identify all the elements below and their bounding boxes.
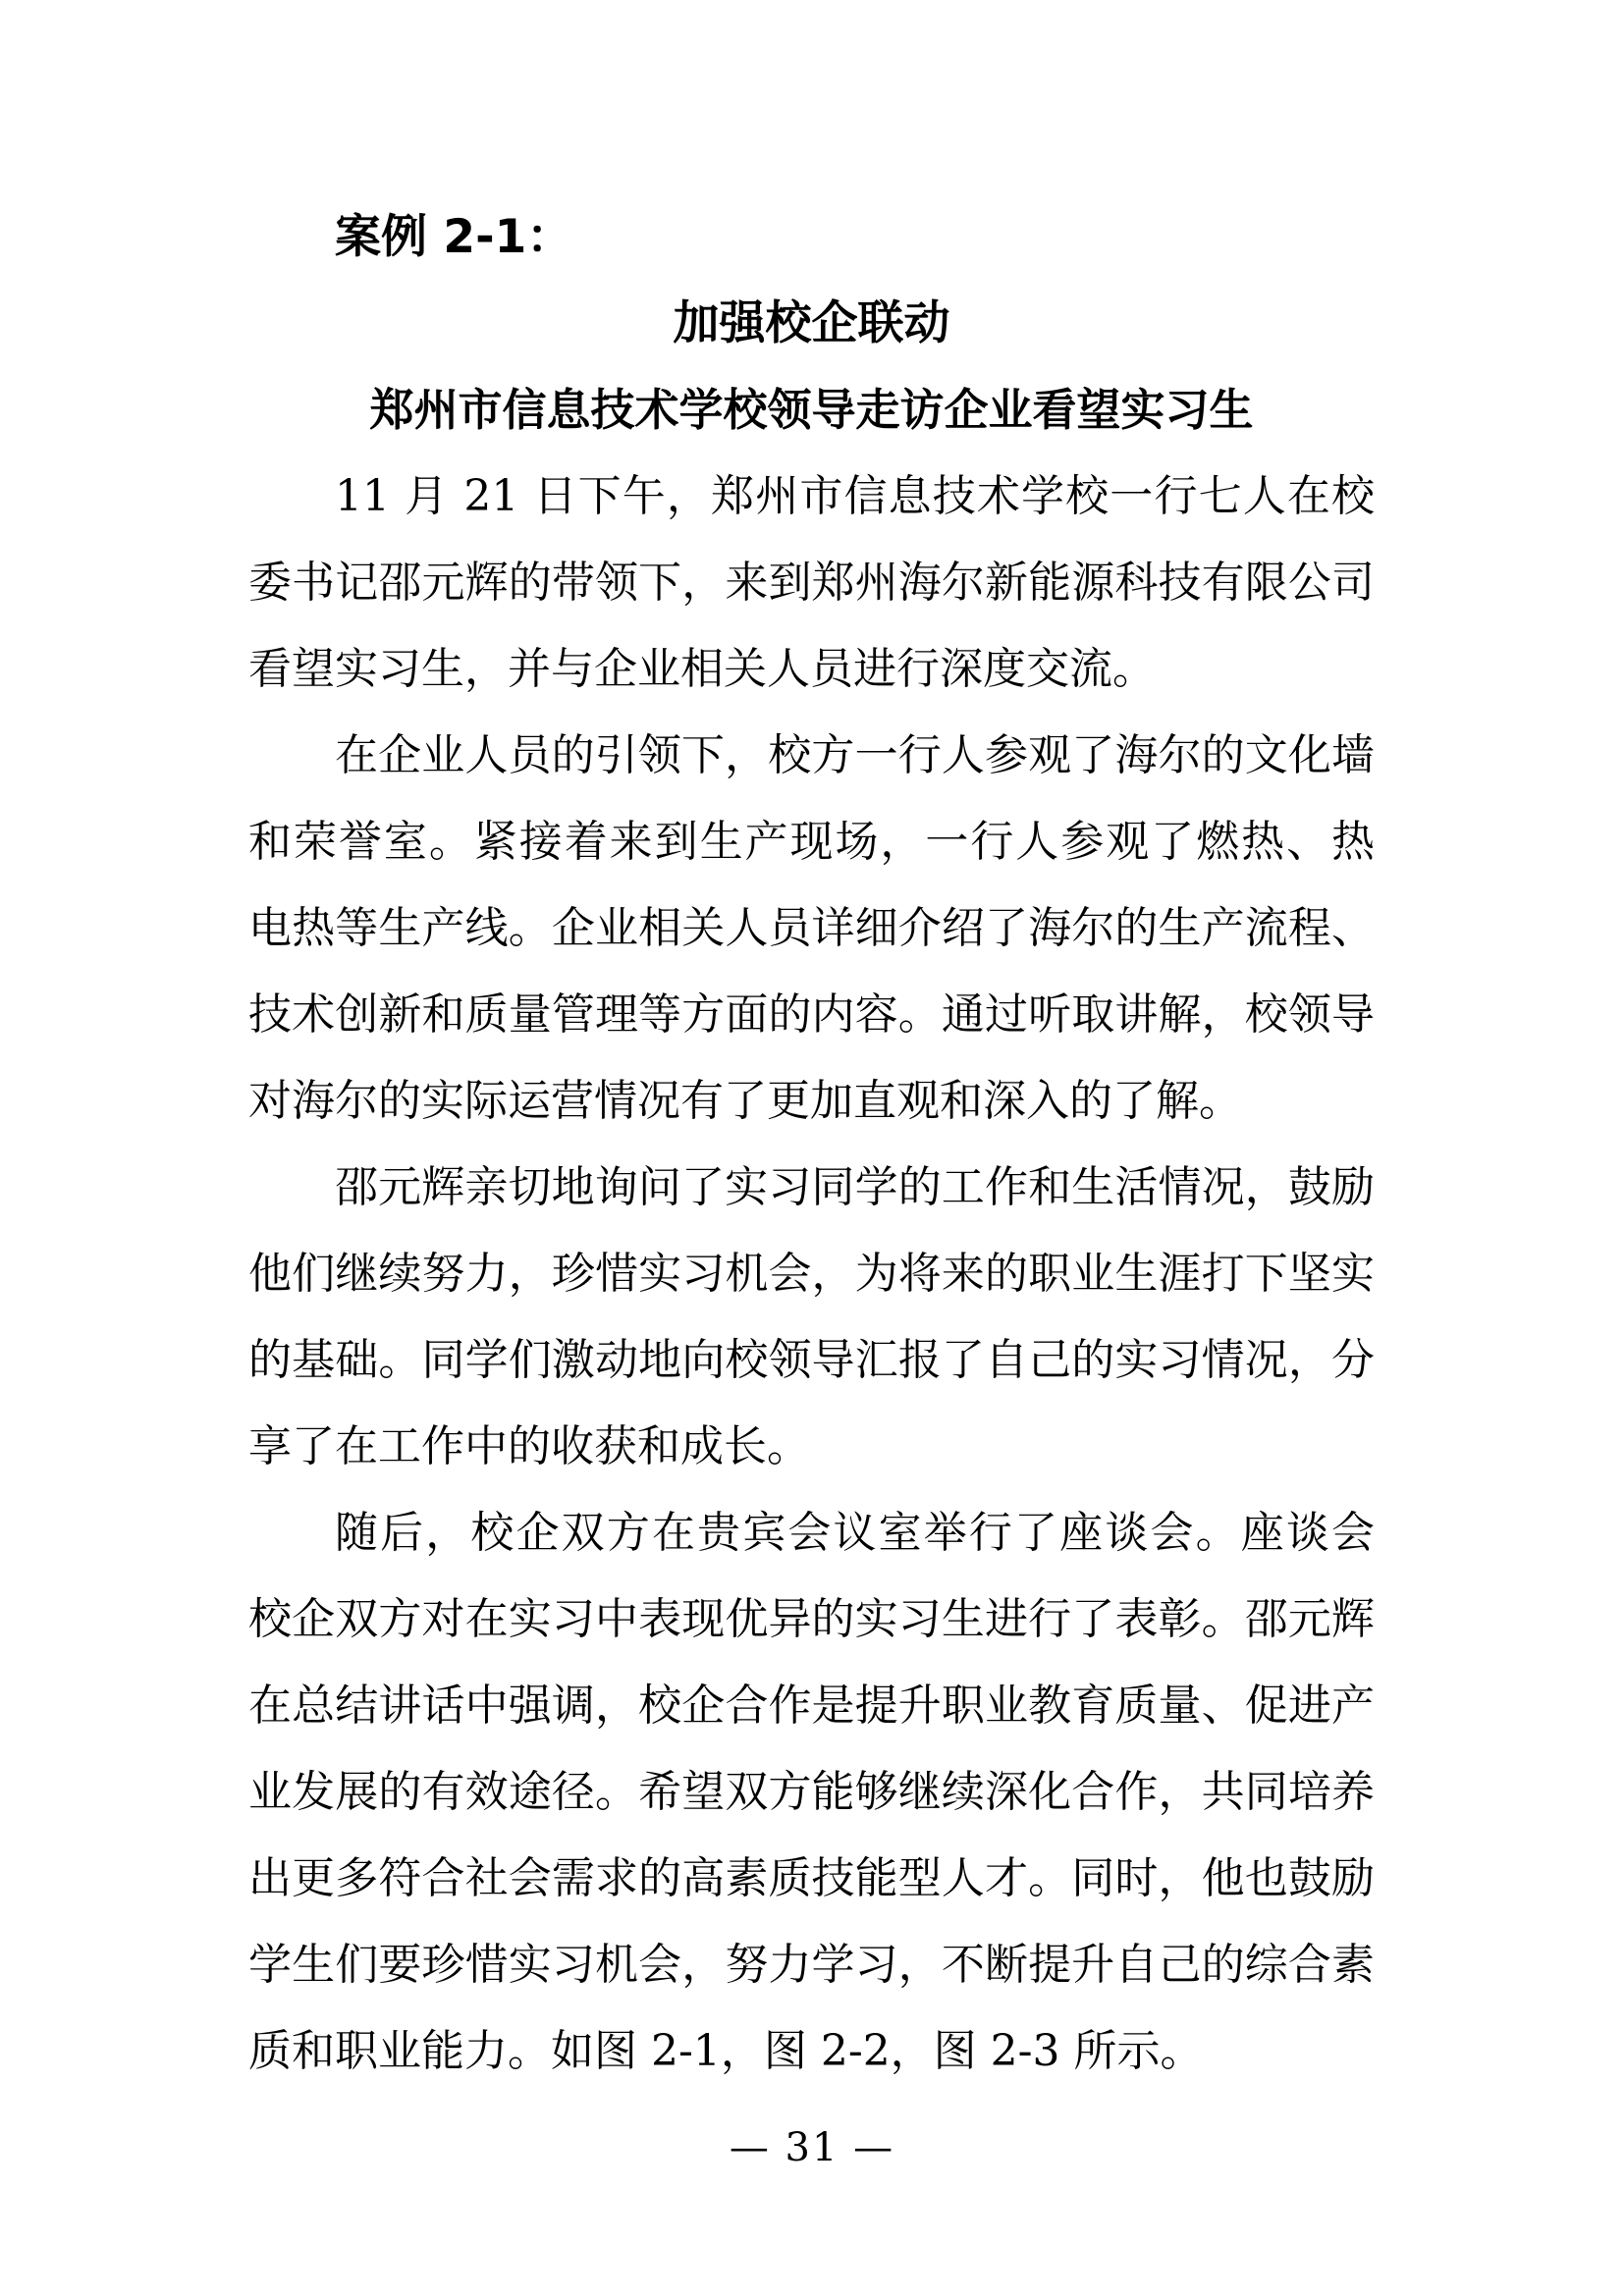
paragraph-1-line-3: 看望实习生，并与企业相关人员进行深度交流。 xyxy=(248,626,1375,713)
paragraph-1-line-2: 委书记邵元辉的带领下，来到郑州海尔新能源科技有限公司 xyxy=(248,540,1375,626)
paragraph-2-line-3: 电热等生产线。企业相关人员详细介绍了海尔的生产流程、 xyxy=(248,885,1375,972)
document-title: 加强校企联动 xyxy=(248,281,1375,367)
paragraph-4-line-2: 校企双方对在实习中表现优异的实习生进行了表彰。邵元辉 xyxy=(248,1576,1375,1663)
case-label: 案例 2-1： xyxy=(248,194,1375,281)
paragraph-2-line-1: 在企业人员的引领下，校方一行人参观了海尔的文化墙 xyxy=(248,713,1375,799)
paragraph-4-line-7: 质和职业能力。如图 2-1，图 2-2，图 2-3 所示。 xyxy=(248,2008,1375,2095)
page-number: — 31 — xyxy=(0,2124,1624,2171)
paragraph-3-line-3: 的基础。同学们激动地向校领导汇报了自己的实习情况，分 xyxy=(248,1317,1375,1404)
paragraph-3-line-2: 他们继续努力，珍惜实习机会，为将来的职业生涯打下坚实 xyxy=(248,1231,1375,1317)
paragraph-4-line-6: 学生们要珍惜实习机会，努力学习，不断提升自己的综合素 xyxy=(248,1922,1375,2008)
paragraph-3-line-1: 邵元辉亲切地询问了实习同学的工作和生活情况，鼓励 xyxy=(248,1145,1375,1231)
paragraph-2-line-5: 对海尔的实际运营情况有了更加直观和深入的了解。 xyxy=(248,1058,1375,1145)
document-subtitle: 郑州市信息技术学校领导走访企业看望实习生 xyxy=(248,367,1375,454)
paragraph-4-line-5: 出更多符合社会需求的高素质技能型人才。同时，他也鼓励 xyxy=(248,1836,1375,1922)
paragraph-1-line-1: 11 月 21 日下午，郑州市信息技术学校一行七人在校党 xyxy=(248,454,1375,540)
paragraph-3-line-4: 享了在工作中的收获和成长。 xyxy=(248,1404,1375,1490)
paragraph-2-line-2: 和荣誉室。紧接着来到生产现场，一行人参观了燃热、热泵、 xyxy=(248,799,1375,885)
paragraph-2-line-4: 技术创新和质量管理等方面的内容。通过听取讲解，校领导 xyxy=(248,972,1375,1058)
document-body: 案例 2-1： 加强校企联动 郑州市信息技术学校领导走访企业看望实习生 11 月… xyxy=(248,194,1375,2095)
paragraph-4: 随后，校企双方在贵宾会议室举行了座谈会。座谈会后， 校企双方对在实习中表现优异的… xyxy=(248,1490,1375,2095)
paragraph-4-line-4: 业发展的有效途径。希望双方能够继续深化合作，共同培养 xyxy=(248,1749,1375,1836)
document-page: 案例 2-1： 加强校企联动 郑州市信息技术学校领导走访企业看望实习生 11 月… xyxy=(0,0,1624,2296)
paragraph-1: 11 月 21 日下午，郑州市信息技术学校一行七人在校党 委书记邵元辉的带领下，… xyxy=(248,454,1375,713)
paragraph-4-line-3: 在总结讲话中强调，校企合作是提升职业教育质量、促进产 xyxy=(248,1663,1375,1749)
paragraph-4-line-1: 随后，校企双方在贵宾会议室举行了座谈会。座谈会后， xyxy=(248,1490,1375,1576)
paragraph-2: 在企业人员的引领下，校方一行人参观了海尔的文化墙 和荣誉室。紧接着来到生产现场，… xyxy=(248,713,1375,1145)
paragraph-3: 邵元辉亲切地询问了实习同学的工作和生活情况，鼓励 他们继续努力，珍惜实习机会，为… xyxy=(248,1145,1375,1490)
